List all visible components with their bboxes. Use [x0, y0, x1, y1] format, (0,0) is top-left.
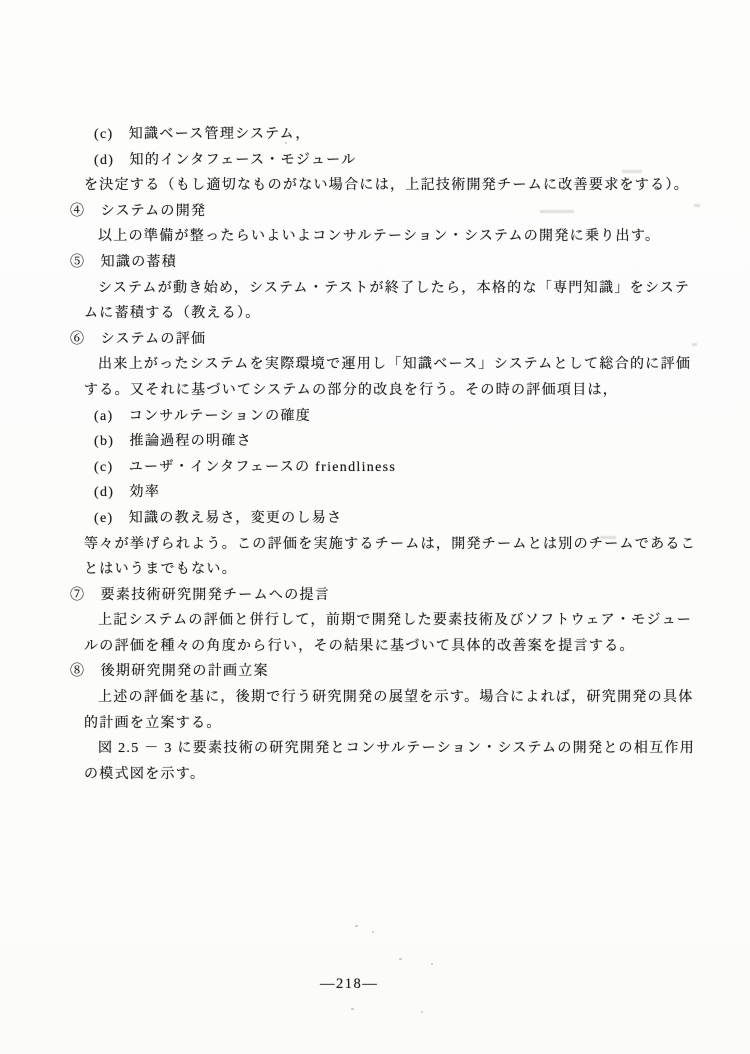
scan-smudge	[694, 204, 700, 207]
scan-speckle	[285, 142, 287, 144]
scanned-document-page: (c) 知識ベース管理システム， (d) 知的インタフェース・モジュール を決定…	[0, 0, 750, 1054]
scan-speckle	[399, 958, 402, 960]
text-line-parallel-evaluation: 上記システムの評価と併行して，前期で開発した要素技術及びソフトウェア・モジュー	[98, 608, 714, 634]
sub-item-c-user-friendliness: (c) ユーザ・インタフェースの friendliness	[94, 455, 714, 481]
text-line-preparation: 以上の準備が整ったらいよいよコンサルテーション・システムの開発に乗り出す。	[98, 224, 714, 250]
scan-speckle	[355, 925, 358, 927]
text-line-outlook: 上述の評価を基に，後期で行う研究開発の展望を示す。場合によれば，研究開発の具体	[98, 685, 714, 711]
item-6-system-evaluation: ⑥ システムの評価	[70, 327, 714, 353]
text-line-schematic: の模式図を示す。	[84, 762, 714, 788]
scan-smudge	[622, 170, 642, 173]
document-body: (c) 知識ベース管理システム， (d) 知的インタフェース・モジュール を決定…	[84, 122, 714, 787]
item-4-system-development: ④ システムの開発	[70, 199, 714, 225]
item-8-later-phase-planning: ⑧ 後期研究開発の計画立案	[70, 659, 714, 685]
scan-smudge	[600, 536, 616, 539]
scan-speckle	[372, 931, 374, 933]
sub-item-d-efficiency: (d) 効率	[94, 480, 714, 506]
text-line-needless-to-say: とはいうまでもない。	[84, 557, 714, 583]
sub-item-a-consultation-accuracy: (a) コンサルテーションの確度	[94, 404, 714, 430]
text-line-accumulate-teach: ムに蓄積する（教える）。	[84, 301, 714, 327]
text-line-concrete-improvement: ルの評価を種々の角度から行い，その結果に基づいて具体的改善案を提言する。	[84, 634, 714, 660]
scan-smudge	[692, 343, 697, 346]
text-line-system-test: システムが動き始め，システム・テストが終了したら，本格的な「専門知識」をシステ	[98, 276, 714, 302]
scan-smudge	[540, 210, 574, 213]
sub-item-b-inference-clarity: (b) 推論過程の明確さ	[94, 429, 714, 455]
text-line-partial-improvement: する。又それに基づいてシステムの部分的改良を行う。その時の評価項目は，	[84, 378, 714, 404]
item-7-proposal-to-rd-team: ⑦ 要素技術研究開発チームへの提言	[70, 583, 714, 609]
scan-speckle	[421, 1011, 423, 1013]
text-line-formulate-plan: 的計画を立案する。	[84, 711, 714, 737]
sub-item-c-knowledge-base-mgmt: (c) 知識ベース管理システム，	[94, 122, 714, 148]
sub-item-e-ease-of-teaching: (e) 知識の教え易さ，変更のし易さ	[94, 506, 714, 532]
scan-speckle	[351, 1008, 354, 1010]
text-line-decide: を決定する（もし適切なものがない場合には，上記技術開発チームに改善要求をする）。	[84, 173, 714, 199]
text-line-figure-reference: 図 2.5 － 3 に要素技術の研究開発とコンサルテーション・システムの開発との…	[98, 736, 714, 762]
item-5-knowledge-accumulation: ⑤ 知識の蓄積	[70, 250, 714, 276]
text-line-operate-evaluate: 出来上がったシステムを実際環境で運用し「知識ベース」システムとして総合的に評価	[98, 352, 714, 378]
page-number: —218—	[320, 976, 378, 993]
scan-speckle	[431, 963, 433, 965]
text-line-separate-team: 等々が挙げられよう。この評価を実施するチームは，開発チームとは別のチームであるこ	[84, 532, 714, 558]
sub-item-d-intelligent-interface: (d) 知的インタフェース・モジュール	[94, 148, 714, 174]
